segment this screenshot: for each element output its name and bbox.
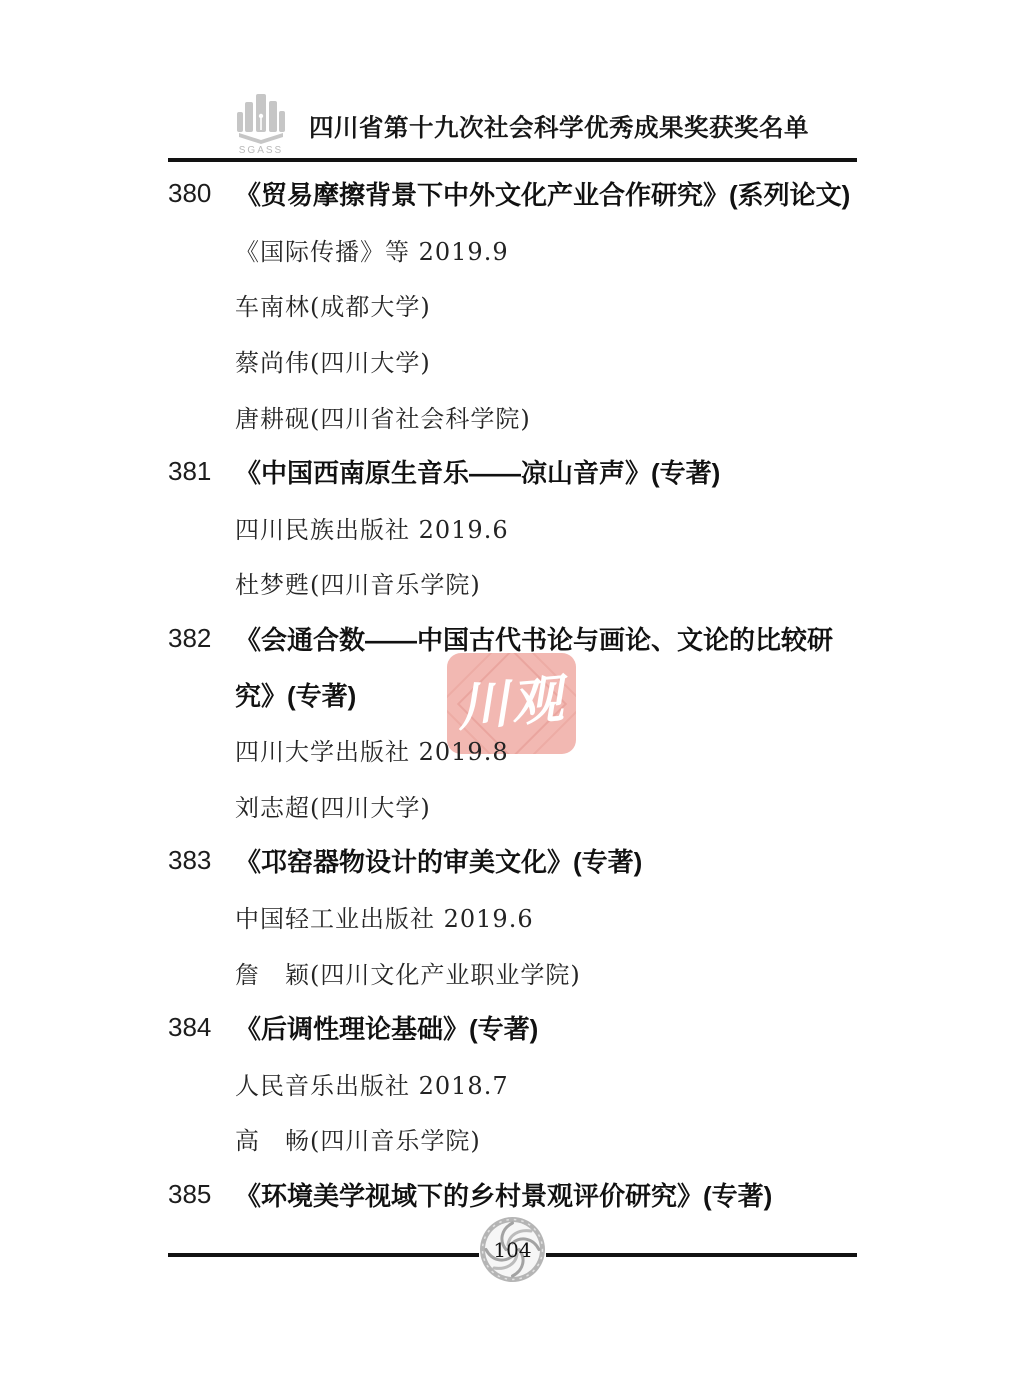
entry-detail-row: 四川大学出版社 2019.8 xyxy=(168,722,860,778)
entry-detail-row: 车南林(成都大学) xyxy=(168,277,860,333)
entry-author: 高 畅(四川音乐学院) xyxy=(235,1121,481,1156)
entry-detail-row: 人民音乐出版社 2018.7 xyxy=(168,1056,860,1112)
document-page: SGASS 四川省第十九次社会科学优秀成果奖获奖名单 川观 380 《贸易摩擦背… xyxy=(0,0,1024,1380)
entry-title: 《环境美学视域下的乡村景观评价研究》(专著) xyxy=(235,1176,772,1213)
entry-publication: 四川民族出版社 2019.6 xyxy=(235,510,509,545)
sgass-logo: SGASS xyxy=(229,92,293,156)
entry-title-row: 383 《邛窑器物设计的审美文化》(专著) xyxy=(168,833,860,889)
entry-author: 唐耕砚(四川省社会科学院) xyxy=(235,399,531,434)
entry-title-continuation-row: 究》(专著) xyxy=(168,666,860,722)
entry-title-row: 382 《会通合数——中国古代书论与画论、文论的比较研 xyxy=(168,611,860,667)
entry-title-row: 380 《贸易摩擦背景下中外文化产业合作研究》(系列论文) xyxy=(168,166,860,222)
entry-detail-row: 中国轻工业出版社 2019.6 xyxy=(168,889,860,945)
award-list: 380 《贸易摩擦背景下中外文化产业合作研究》(系列论文) 《国际传播》等 20… xyxy=(168,166,860,1222)
entry-publication: 中国轻工业出版社 2019.6 xyxy=(235,899,534,934)
entry-detail-row: 詹 颖(四川文化产业职业学院) xyxy=(168,944,860,1000)
page-title: 四川省第十九次社会科学优秀成果奖获奖名单 xyxy=(309,109,809,144)
entry-title: 《会通合数——中国古代书论与画论、文论的比较研 xyxy=(235,620,833,657)
page-footer: 104 xyxy=(168,1214,857,1284)
entry-author: 詹 颖(四川文化产业职业学院) xyxy=(235,955,581,990)
entry-author: 杜梦甦(四川音乐学院) xyxy=(235,565,481,600)
entry-title: 《后调性理论基础》(专著) xyxy=(235,1009,538,1046)
page-number: 104 xyxy=(493,1238,531,1262)
entry-publication: 人民音乐出版社 2018.7 xyxy=(235,1066,509,1101)
entry-detail-row: 刘志超(四川大学) xyxy=(168,778,860,834)
entry-number: 380 xyxy=(168,178,235,209)
entry-author: 蔡尚伟(四川大学) xyxy=(235,343,431,378)
entry-detail-row: 杜梦甦(四川音乐学院) xyxy=(168,555,860,611)
entry-publication: 四川大学出版社 2019.8 xyxy=(235,732,509,767)
entry-author: 车南林(成都大学) xyxy=(235,287,431,322)
footer-divider-left xyxy=(168,1253,479,1257)
entry-detail-row: 四川民族出版社 2019.6 xyxy=(168,500,860,556)
sgass-logo-icon xyxy=(232,92,290,144)
entry-detail-row: 蔡尚伟(四川大学) xyxy=(168,333,860,389)
header-divider xyxy=(168,158,857,162)
sgass-logo-label: SGASS xyxy=(229,145,293,156)
entry-title: 《贸易摩擦背景下中外文化产业合作研究》(系列论文) xyxy=(235,175,850,212)
entry-title: 《邛窑器物设计的审美文化》(专著) xyxy=(235,842,642,879)
entry-title-continuation: 究》(专著) xyxy=(235,676,356,713)
entry-detail-row: 高 畅(四川音乐学院) xyxy=(168,1111,860,1167)
entry-number: 385 xyxy=(168,1179,235,1210)
page-number-medallion: 104 xyxy=(479,1216,546,1283)
footer-divider-right xyxy=(546,1253,857,1257)
entry-detail-row: 《国际传播》等 2019.9 xyxy=(168,222,860,278)
entry-number: 382 xyxy=(168,623,235,654)
entry-title: 《中国西南原生音乐——凉山音声》(专著) xyxy=(235,453,720,490)
entry-number: 383 xyxy=(168,845,235,876)
entry-title-row: 381 《中国西南原生音乐——凉山音声》(专著) xyxy=(168,444,860,500)
entry-author: 刘志超(四川大学) xyxy=(235,788,431,823)
entry-detail-row: 唐耕砚(四川省社会科学院) xyxy=(168,388,860,444)
entry-number: 384 xyxy=(168,1012,235,1043)
entry-publication: 《国际传播》等 2019.9 xyxy=(235,232,509,267)
entry-title-row: 384 《后调性理论基础》(专著) xyxy=(168,1000,860,1056)
entry-number: 381 xyxy=(168,456,235,487)
